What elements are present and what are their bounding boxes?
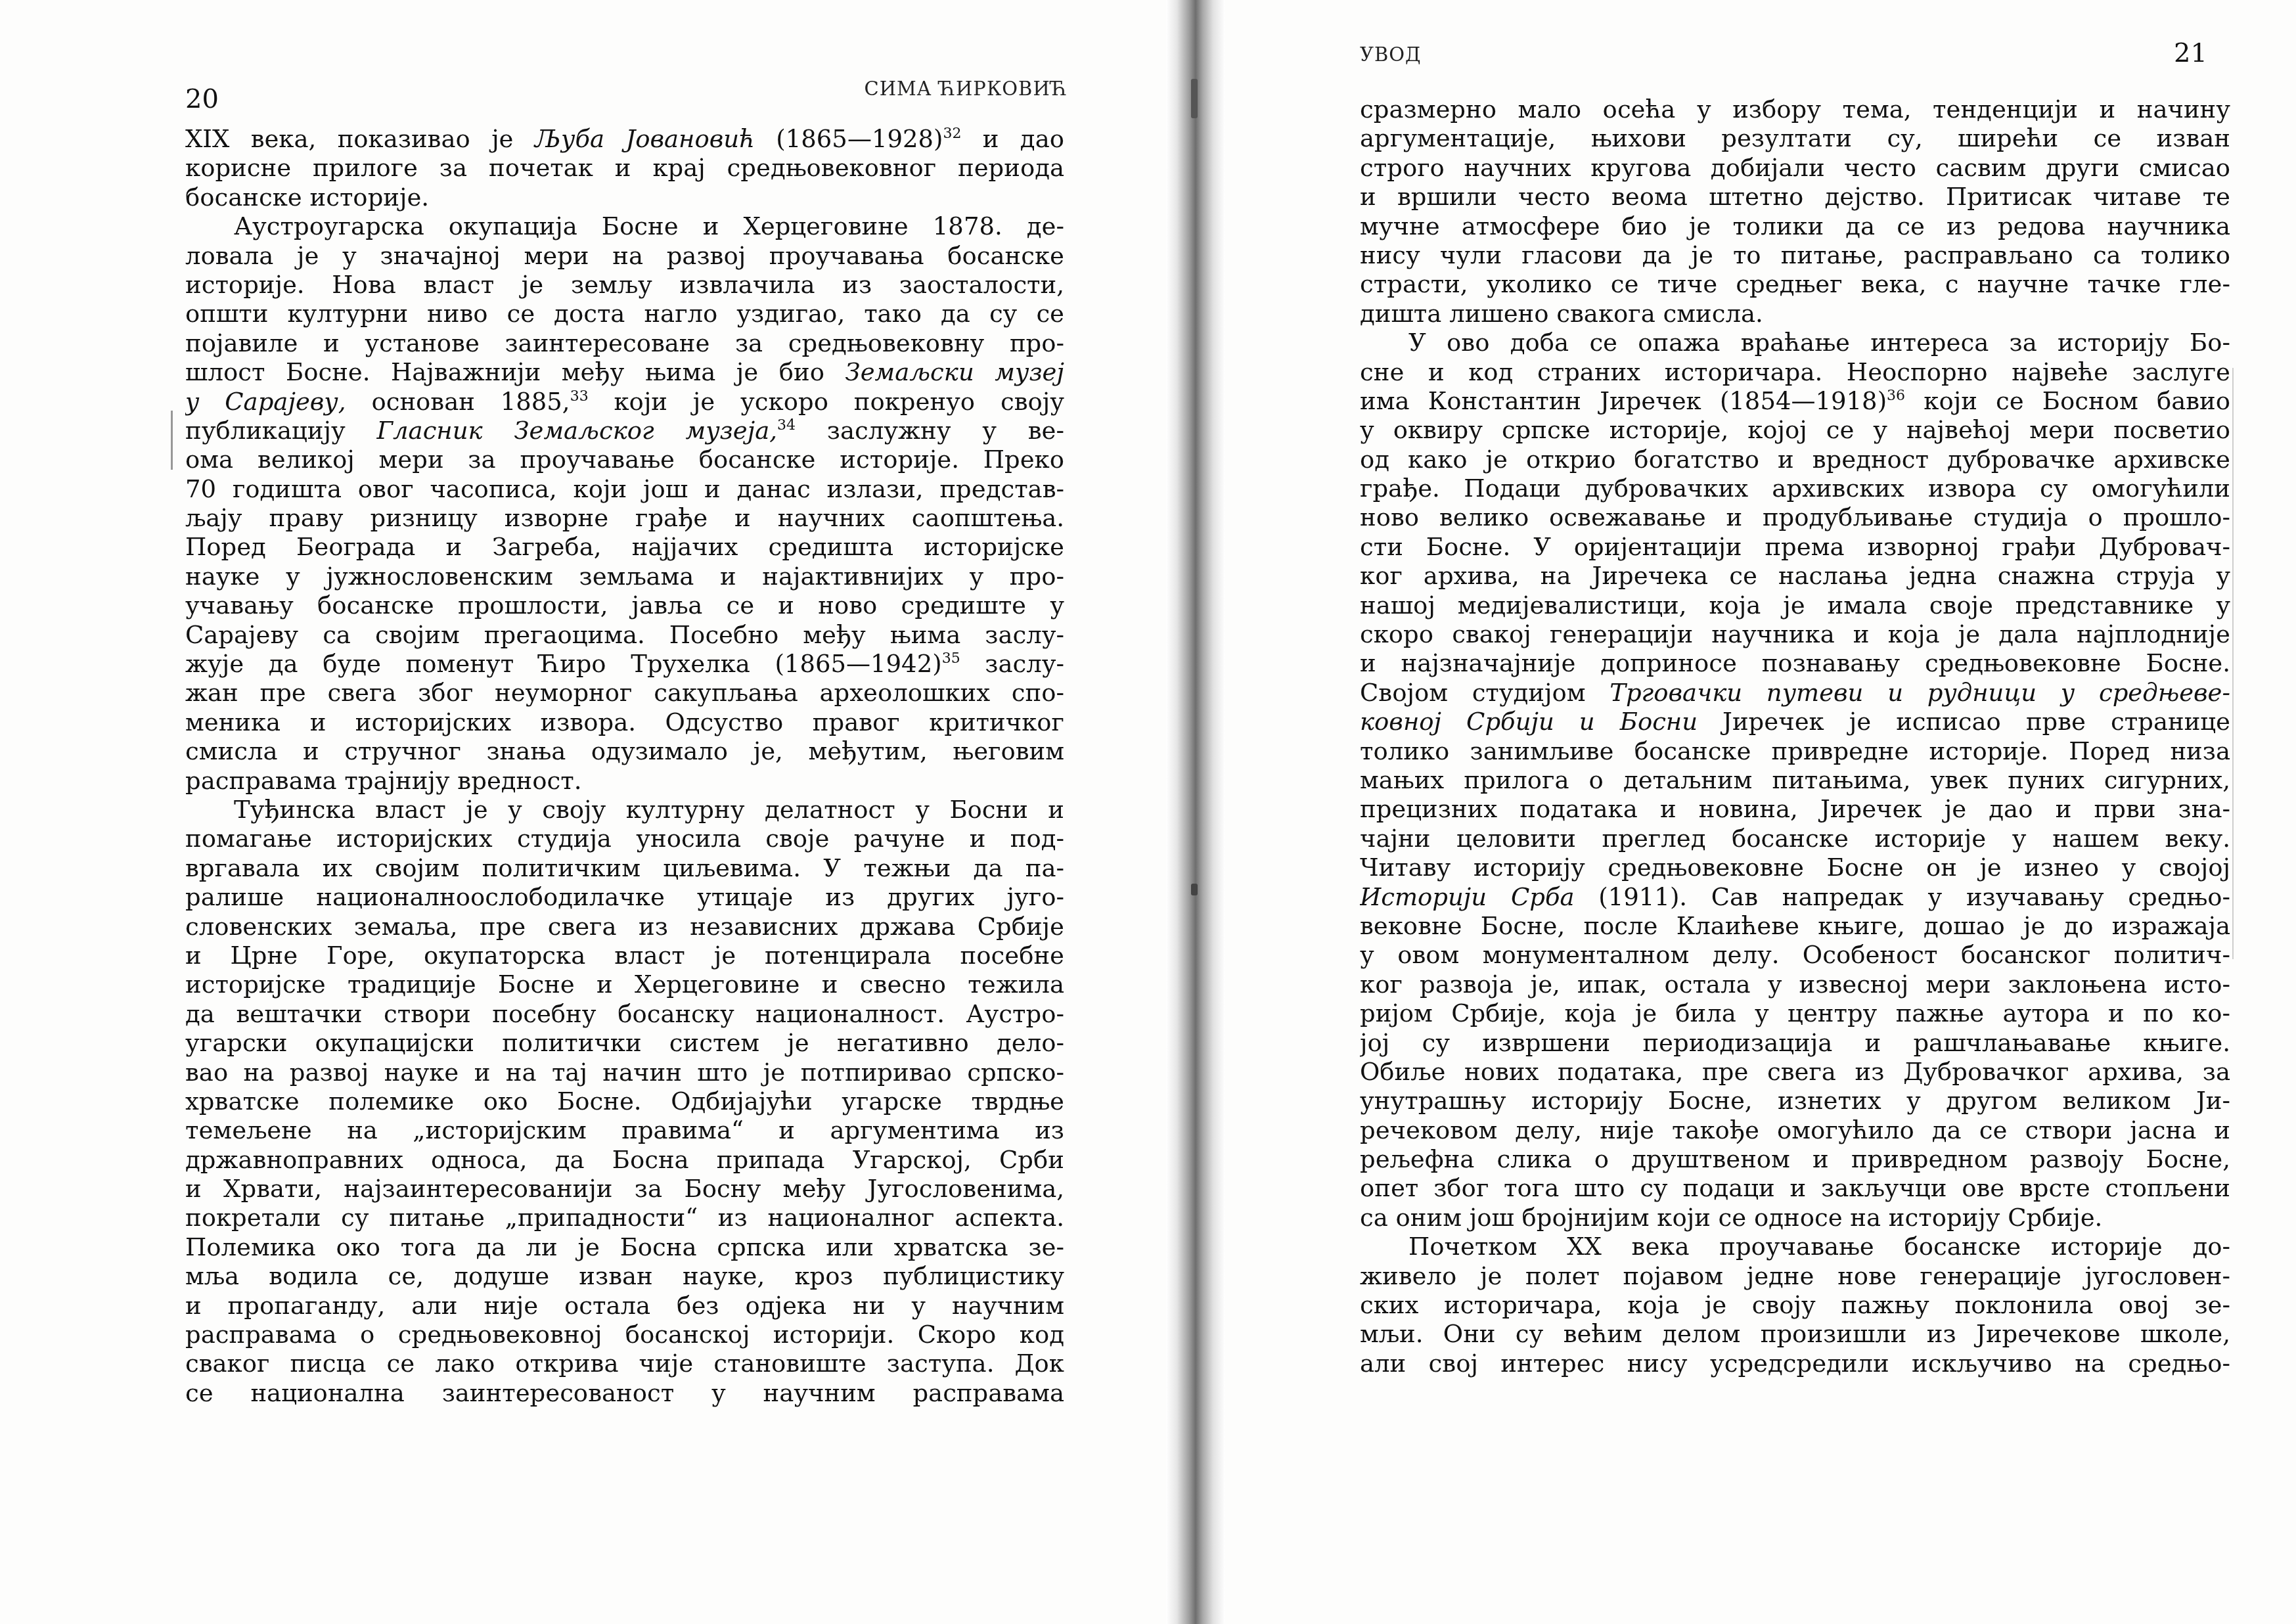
text-line: у Сарајеву, основан 1885,33 који је уско… (185, 388, 1064, 417)
text-run: У ово доба се опажа враћање интереса за … (1408, 328, 2230, 357)
text-line: покретали су питање „припадности“ из нац… (185, 1204, 1064, 1232)
text-run: науке у јужнословенским земљама и најакт… (185, 562, 1064, 591)
text-run: и најзначајније доприносе познавању сред… (1360, 649, 2230, 677)
text-line: ког архива, на Јиречека се наслања једна… (1360, 562, 2230, 591)
text-line: и пропаганду, али није остала без одјека… (185, 1292, 1064, 1320)
text-run: Читаву историју средњовековне Босне он ј… (1360, 853, 2230, 882)
text-run: у овом монументалном делу. Особеност бос… (1360, 941, 2230, 969)
text-line: расправама трајнију вредност. (185, 767, 1064, 796)
text-line: Аустроугарска окупација Босне и Херцегов… (185, 212, 1064, 241)
text-run: који је ускоро покренуо своју (589, 388, 1064, 416)
text-line: строго научних кругова добијали често са… (1360, 154, 2230, 183)
right-page: УВОД 21 сразмерно мало осећа у избору те… (1225, 0, 2296, 1624)
text-line: жан пре свега због неуморног сакупљања а… (185, 679, 1064, 708)
text-line: ралише националноослободилачке утицаје и… (185, 883, 1064, 912)
text-run: вргавала их својим политичким циљевима. … (185, 854, 1064, 882)
text-run: дишта лишено свакога смисла. (1360, 300, 1763, 328)
text-line: у овом монументалном делу. Особеност бос… (1360, 941, 2230, 970)
text-run: јој су извршени периодизација и рашчлања… (1360, 1029, 2230, 1057)
text-run: ома великој мери за проучавање босанске … (185, 445, 1064, 474)
text-line: општи културни ниво се доста нагло уздиг… (185, 300, 1064, 328)
text-run: (1865—1928) (755, 125, 943, 153)
text-run: прецизних података и новина, Јиречек је … (1360, 795, 2230, 823)
text-run: Обиље нових података, пре свега из Дубро… (1360, 1058, 2230, 1086)
text-line: Читаву историју средњовековне Босне он ј… (1360, 853, 2230, 882)
text-line: учавању босанске прошлости, јавља се и н… (185, 591, 1064, 620)
text-line: шлост Босне. Најважнији међу њима је био… (185, 358, 1064, 387)
text-run: ралише националноослободилачке утицаје и… (185, 883, 1064, 911)
text-line: појавиле и установе заинтересоване за ср… (185, 329, 1064, 358)
text-run: (1911). Сав напредак у изучавању средњо- (1575, 883, 2230, 911)
text-line: мањих прилога о детаљним питањима, увек … (1360, 766, 2230, 795)
body-text: XIX века, показивао је Љуба Јовановић (1… (185, 125, 1064, 1408)
text-run: аргументације, њихови резултати су, шире… (1360, 124, 2230, 152)
staple-icon (1191, 884, 1198, 895)
text-line: нашој медијевалистици, која је имала сво… (1360, 591, 2230, 620)
text-run: и дао (962, 125, 1064, 153)
text-line: ријом Србије, која је била у центру пажњ… (1360, 999, 2230, 1028)
page-number: 20 (185, 84, 219, 114)
text-line: дишта лишено свакога смисла. (1360, 300, 2230, 328)
text-run: љају праву ризницу изворне грађе и научн… (185, 504, 1064, 532)
text-line: у оквиру српске историје, којој се у нај… (1360, 416, 2230, 445)
text-run: босанске историје. (185, 183, 429, 212)
text-line: меника и историјских извора. Одсуство пр… (185, 708, 1064, 737)
text-line: вргавала их својим политичким циљевима. … (185, 854, 1064, 883)
text-run: се национална заинтересованост у научним… (185, 1379, 1064, 1407)
text-line: сти Босне. У оријентацији према изворној… (1360, 533, 2230, 562)
text-run: словенских земаља, пре свега из независн… (185, 913, 1064, 941)
text-line: Почетком XX века проучавање босанске ист… (1360, 1232, 2230, 1261)
text-line: темељене на „историјским правима“ и аргу… (185, 1116, 1064, 1145)
text-line: и Црне Горе, окупаторска власт је потенц… (185, 941, 1064, 970)
text-run: 70 годишта овог часописа, који још и дан… (185, 475, 1064, 503)
text-run: расправама трајнију вредност. (185, 767, 581, 795)
text-run: смисла и стручног знања одузимало је, ме… (185, 737, 1064, 765)
text-line: 70 годишта овог часописа, који још и дан… (185, 475, 1064, 504)
text-run: са оним још бројнијим који се односе на … (1360, 1204, 2102, 1232)
text-run: да вештачки створи посебну босанску наци… (185, 1000, 1064, 1028)
text-run: и пропаганду, али није остала без одјека… (185, 1292, 1064, 1320)
text-line: опет због тога што су подаци и закључци … (1360, 1174, 2230, 1203)
left-page: 20 СИМА ЋИРКОВИЋ XIX века, показивао је … (0, 0, 1166, 1624)
body-text: сразмерно мало осећа у избору тема, тенд… (1360, 95, 2230, 1378)
text-run: ког развоја је, ипак, остала у извесној … (1360, 970, 2230, 999)
text-run: корисне прилоге за почетак и крај средњо… (185, 154, 1064, 182)
text-line: историје. Нова власт је земљу извлачила … (185, 271, 1064, 300)
footnote-ref: 36 (1887, 388, 1905, 404)
text-run: ново велико освежавање и продубљивање ст… (1360, 503, 2230, 531)
text-line: љају праву ризницу изворне грађе и научн… (185, 504, 1064, 533)
text-line: нису чули гласови да је то питање, распр… (1360, 241, 2230, 270)
italic-title: Историји Срба (1360, 883, 1575, 911)
text-run: али свој интерес нису усредсредили искљу… (1360, 1349, 2230, 1378)
text-run: скоро свакој генерацији научника и која … (1360, 620, 2230, 648)
text-run: страсти, уколико се тиче средњег века, с… (1360, 270, 2230, 298)
book-spread: 20 СИМА ЋИРКОВИЋ XIX века, показивао је … (0, 0, 2296, 1624)
text-line: науке у јужнословенским земљама и најакт… (185, 562, 1064, 591)
text-run: историје. Нова власт је земљу извлачила … (185, 271, 1064, 299)
text-run: ког архива, на Јиречека се наслања једна… (1360, 562, 2230, 590)
text-line: да вештачки створи посебну босанску наци… (185, 1000, 1064, 1029)
text-line: речековом делу, није такође омогућило да… (1360, 1116, 2230, 1145)
text-line: угарски окупацијски политички систем је … (185, 1029, 1064, 1058)
text-line: Сарајеву са својим прегаоцима. Посебно м… (185, 621, 1064, 650)
footnote-ref: 35 (942, 650, 960, 667)
text-run: публикацију (185, 417, 377, 445)
text-run: чајни целовити преглед босанске историје… (1360, 824, 2230, 853)
text-line: толико занимљиве босанске привредне исто… (1360, 737, 2230, 766)
text-run: вао на развој науке и на тај начин што ј… (185, 1058, 1064, 1087)
text-run: сваког писца се лако открива чије станов… (185, 1349, 1064, 1378)
text-line: смисла и стручног знања одузимало је, ме… (185, 737, 1064, 766)
text-run: Сарајеву са својим прегаоцима. Посебно м… (185, 621, 1064, 649)
text-line: Полемика око тога да ли је Босна српска … (185, 1233, 1064, 1262)
text-run: и Црне Горе, окупаторска власт је потенц… (185, 941, 1064, 970)
text-line: словенских земаља, пре свега из независн… (185, 913, 1064, 941)
text-run: XIX века, показивао је (185, 125, 535, 153)
running-head: СИМА ЋИРКОВИЋ (864, 78, 1068, 100)
text-line: Историји Срба (1911). Сав напредак у изу… (1360, 883, 2230, 912)
text-run: у оквиру српске историје, којој се у нај… (1360, 416, 2230, 444)
text-run: унутрашњу историју Босне, изнетих у друг… (1360, 1087, 2230, 1115)
text-run: хрватске полемике око Босне. Одбијајући … (185, 1087, 1064, 1116)
text-run: ловала је у значајној мери на развој про… (185, 242, 1064, 270)
italic-title: Земаљски музеј (845, 358, 1064, 386)
pencil-margin-line (2232, 368, 2234, 959)
text-line: грађе. Подаци дубровачких архивских изво… (1360, 474, 2230, 503)
text-run: Полемика око тога да ли је Босна српска … (185, 1233, 1064, 1261)
text-run: заслу- (960, 650, 1064, 678)
text-line: и вршили често веома штетно дејство. При… (1360, 183, 2230, 212)
text-line: од како је открио богатство и вредност д… (1360, 445, 2230, 474)
text-run: шлост Босне. Најважнији међу њима је био (185, 358, 845, 386)
text-line: и најзначајније доприносе познавању сред… (1360, 649, 2230, 678)
text-line: Поред Београда и Загреба, најјачих среди… (185, 533, 1064, 562)
text-line: вековне Босне, после Клаићеве књиге, дош… (1360, 912, 2230, 941)
text-line: има Константин Јиречек (1854—1918)36 кој… (1360, 387, 2230, 416)
text-run: има Константин Јиречек (1854—1918) (1360, 387, 1887, 415)
text-line: мљи. Они су већим делом произишли из Јир… (1360, 1320, 2230, 1349)
text-line: чајни целовити преглед босанске историје… (1360, 824, 2230, 853)
italic-title: у Сарајеву, (185, 388, 346, 416)
text-line: сне и код страних историчара. Неоспорно … (1360, 358, 2230, 387)
page-number: 21 (2174, 38, 2207, 68)
text-line: жује да буде поменут Ћиро Трухелка (1865… (185, 650, 1064, 679)
footnote-ref: 33 (570, 388, 589, 405)
text-run: и Хрвати, најзаинтересованији за Босну м… (185, 1175, 1064, 1203)
text-line: Туђинска власт је у своју културну делат… (185, 796, 1064, 824)
text-line: мља водила се, додуше изван науке, кроз … (185, 1262, 1064, 1291)
text-line: ново велико освежавање и продубљивање ст… (1360, 503, 2230, 532)
text-run: мањих прилога о детаљним питањима, увек … (1360, 766, 2230, 794)
italic-title: Љуба Јовановић (535, 125, 755, 153)
text-line: рељефна слика о друштвеном и привредном … (1360, 1145, 2230, 1174)
text-line: Својом студијом Трговачки путеви и рудни… (1360, 679, 2230, 708)
text-line: сваког писца се лако открива чије станов… (185, 1349, 1064, 1378)
footnote-ref: 34 (777, 417, 796, 434)
text-run: мљи. Они су већим делом произишли из Јир… (1360, 1320, 2230, 1348)
text-run: строго научних кругова добијали често са… (1360, 154, 2230, 182)
text-line: ловала је у значајној мери на развој про… (185, 242, 1064, 271)
text-run: ских историчара, која је своју пажњу пок… (1360, 1291, 2230, 1319)
text-line: У ово доба се опажа враћање интереса за … (1360, 328, 2230, 357)
text-line: сразмерно мало осећа у избору тема, тенд… (1360, 95, 2230, 124)
text-line: помагање историјских студија уносила сво… (185, 824, 1064, 853)
text-run: рељефна слика о друштвеном и привредном … (1360, 1145, 2230, 1173)
text-run: Својом студијом (1360, 679, 1609, 707)
text-line: државноправних односа, да Босна припада … (185, 1146, 1064, 1175)
text-run: речековом делу, није такође омогућило да… (1360, 1116, 2230, 1144)
italic-title: Трговачки путеви и рудници у средњеве- (1609, 679, 2230, 707)
text-run: ријом Србије, која је била у центру пажњ… (1360, 999, 2230, 1027)
text-run: историјске традиције Босне и Херцеговине… (185, 970, 1064, 999)
text-run: основан 1885, (346, 388, 570, 416)
text-line: историјске традиције Босне и Херцеговине… (185, 970, 1064, 999)
text-run: грађе. Подаци дубровачких архивских изво… (1360, 474, 2230, 503)
text-line: прецизних података и новина, Јиречек је … (1360, 795, 2230, 824)
text-line: ког развоја је, ипак, остала у извесној … (1360, 970, 2230, 999)
text-line: хрватске полемике око Босне. Одбијајући … (185, 1087, 1064, 1116)
text-line: и Хрвати, најзаинтересованији за Босну м… (185, 1175, 1064, 1204)
text-line: страсти, уколико се тиче средњег века, с… (1360, 270, 2230, 299)
text-run: темељене на „историјским правима“ и аргу… (185, 1116, 1064, 1144)
text-run: живело је полет појавом једне нове генер… (1360, 1262, 2230, 1290)
text-run: покретали су питање „припадности“ из нац… (185, 1204, 1064, 1232)
text-run: заслужну у ве- (796, 417, 1064, 445)
text-run: мља водила се, додуше изван науке, кроз … (185, 1262, 1064, 1290)
italic-title: Гласник Земаљског музеја, (377, 417, 777, 445)
text-run: жује да буде поменут Ћиро Трухелка (1865… (185, 650, 942, 678)
text-run: и вршили често веома штетно дејство. При… (1360, 183, 2230, 211)
text-run: расправама о средњовековној босанској ис… (185, 1320, 1064, 1349)
text-line: јој су извршени периодизација и рашчлања… (1360, 1029, 2230, 1058)
staple-icon (1191, 79, 1198, 118)
text-run: учавању босанске прошлости, јавља се и н… (185, 591, 1064, 620)
text-line: унутрашњу историју Босне, изнетих у друг… (1360, 1087, 2230, 1116)
text-run: мучне атмосфере био је толики да се из р… (1360, 212, 2230, 240)
book-gutter (1166, 0, 1225, 1624)
text-run: нису чули гласови да је то питање, распр… (1360, 241, 2230, 269)
text-run: који се Босном бавио (1905, 387, 2230, 415)
text-line: живело је полет појавом једне нове генер… (1360, 1262, 2230, 1291)
text-line: са оним још бројнијим који се односе на … (1360, 1204, 2230, 1232)
text-line: ковној Србији и Босни Јиречек је исписао… (1360, 708, 2230, 736)
text-line: корисне прилоге за почетак и крај средњо… (185, 154, 1064, 183)
text-line: се национална заинтересованост у научним… (185, 1379, 1064, 1408)
text-line: аргументације, њихови резултати су, шире… (1360, 124, 2230, 153)
text-run: вековне Босне, после Клаићеве књиге, дош… (1360, 912, 2230, 940)
text-run: општи културни ниво се доста нагло уздиг… (185, 300, 1064, 328)
text-line: босанске историје. (185, 183, 1064, 212)
text-line: Обиље нових података, пре свега из Дубро… (1360, 1058, 2230, 1087)
text-run: нашој медијевалистици, која је имала сво… (1360, 591, 2230, 620)
text-run: Аустроугарска окупација Босне и Херцегов… (234, 212, 1064, 240)
text-run: појавиле и установе заинтересоване за ср… (185, 329, 1064, 357)
text-line: XIX века, показивао је Љуба Јовановић (1… (185, 125, 1064, 154)
text-line: али свој интерес нису усредсредили искљу… (1360, 1349, 2230, 1378)
text-run: толико занимљиве босанске привредне исто… (1360, 737, 2230, 765)
text-line: вао на развој науке и на тај начин што ј… (185, 1058, 1064, 1087)
text-run: сразмерно мало осећа у избору тема, тенд… (1360, 95, 2230, 124)
pencil-margin-bracket (171, 411, 173, 470)
text-run: жан пре свега због неуморног сакупљања а… (185, 679, 1064, 707)
text-run: сти Босне. У оријентацији према изворној… (1360, 533, 2230, 561)
text-run: Почетком XX века проучавање босанске ист… (1408, 1232, 2230, 1261)
text-run: државноправних односа, да Босна припада … (185, 1146, 1064, 1174)
text-run: меника и историјских извора. Одсуство пр… (185, 708, 1064, 736)
italic-title: ковној Србији и Босни (1360, 708, 1698, 736)
text-line: ских историчара, која је своју пажњу пок… (1360, 1291, 2230, 1320)
text-run: од како је открио богатство и вредност д… (1360, 445, 2230, 474)
text-run: Поред Београда и Загреба, најјачих среди… (185, 533, 1064, 561)
text-line: мучне атмосфере био је толики да се из р… (1360, 212, 2230, 241)
text-run: сне и код страних историчара. Неоспорно … (1360, 358, 2230, 386)
text-run: помагање историјских студија уносила сво… (185, 824, 1064, 853)
text-run: Туђинска власт је у своју културну делат… (234, 796, 1064, 824)
footnote-ref: 32 (943, 125, 962, 142)
text-line: расправама о средњовековној босанској ис… (185, 1320, 1064, 1349)
text-run: угарски окупацијски политички систем је … (185, 1029, 1064, 1057)
text-run: опет због тога што су подаци и закључци … (1360, 1174, 2230, 1202)
text-run: Јиречек је исписао прве странице (1698, 708, 2230, 736)
text-line: ома великој мери за проучавање босанске … (185, 445, 1064, 474)
text-line: публикацију Гласник Земаљског музеја,34 … (185, 417, 1064, 445)
running-head: УВОД (1360, 43, 1422, 66)
text-line: скоро свакој генерацији научника и која … (1360, 620, 2230, 649)
